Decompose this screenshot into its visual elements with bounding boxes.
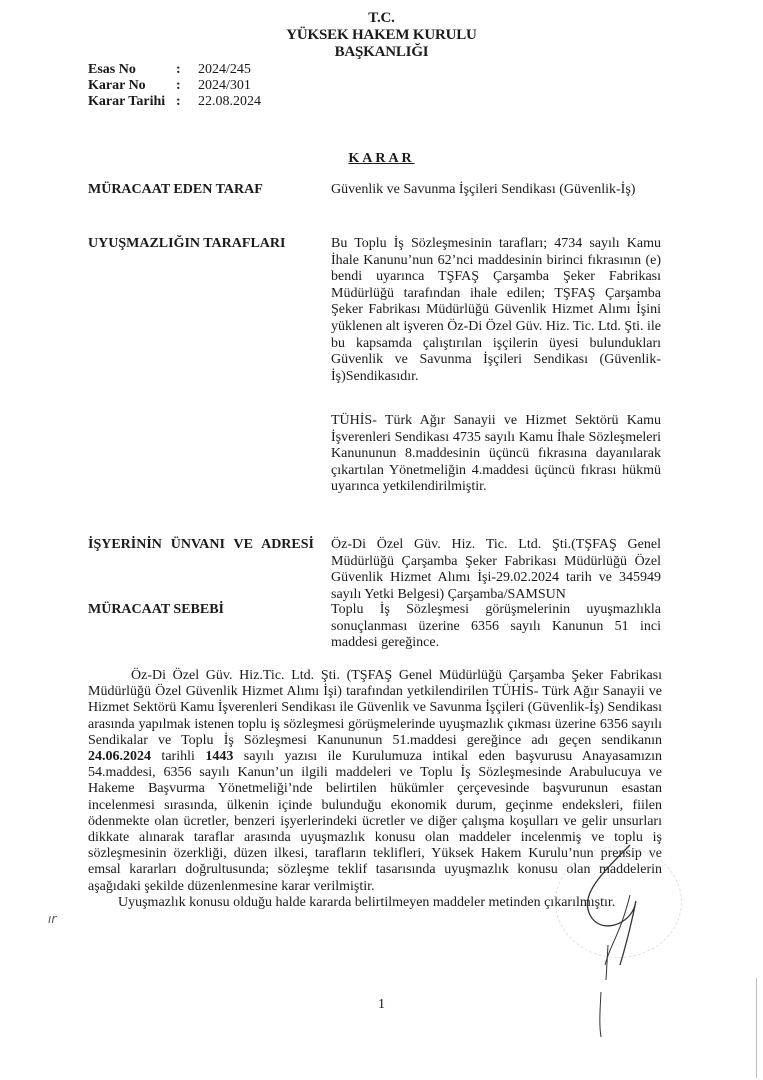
parties-value-2: TÜHİS- Türk Ağır Sanayii ve Hizmet Sektö… — [331, 413, 661, 496]
document-title: KARAR — [0, 151, 763, 167]
signature-icon — [560, 835, 680, 985]
application-number: 1443 — [205, 749, 233, 764]
meta-value: 2024/301 — [198, 78, 251, 94]
parties-label: UYUŞMAZLIĞIN TARAFLARI — [88, 236, 285, 252]
header-presidency: BAŞKANLIĞI — [0, 44, 763, 61]
applicant-label: MÜRACAAT EDEN TARAF — [88, 182, 263, 198]
meta-karar-tarihi: Karar Tarihi : 22.08.2024 — [88, 94, 261, 110]
reason-value: Toplu İş Sözleşmesi görüşmelerinin uyuşm… — [331, 602, 661, 652]
workplace-label: İŞYERİNİN ÜNVANI VE ADRESİ — [88, 537, 314, 553]
meta-label: Esas No — [88, 62, 176, 78]
meta-esas-no: Esas No : 2024/245 — [88, 62, 261, 78]
page-edge-line — [756, 978, 757, 1078]
reason-label: MÜRACAAT SEBEBİ — [88, 602, 224, 618]
parties-value-1: Bu Toplu İş Sözleşmesinin tarafları; 473… — [331, 236, 661, 385]
header-tc: T.C. — [0, 10, 763, 27]
header-institution: YÜKSEK HAKEM KURULU — [0, 27, 763, 44]
meta-label: Karar Tarihi — [88, 94, 176, 110]
application-date: 24.06.2024 — [88, 749, 151, 764]
workplace-value: Öz-Di Özel Güv. Hiz. Tic. Ltd. Şti.(TŞFA… — [331, 537, 661, 603]
page-number: 1 — [0, 997, 763, 1013]
meta-value: 22.08.2024 — [198, 94, 261, 110]
meta-karar-no: Karar No : 2024/301 — [88, 78, 261, 94]
case-metadata: Esas No : 2024/245 Karar No : 2024/301 K… — [88, 62, 261, 110]
applicant-value: Güvenlik ve Savunma İşçileri Sendikası (… — [331, 182, 661, 199]
meta-value: 2024/245 — [198, 62, 251, 78]
margin-initials: ır — [48, 912, 56, 926]
meta-label: Karar No — [88, 78, 176, 94]
